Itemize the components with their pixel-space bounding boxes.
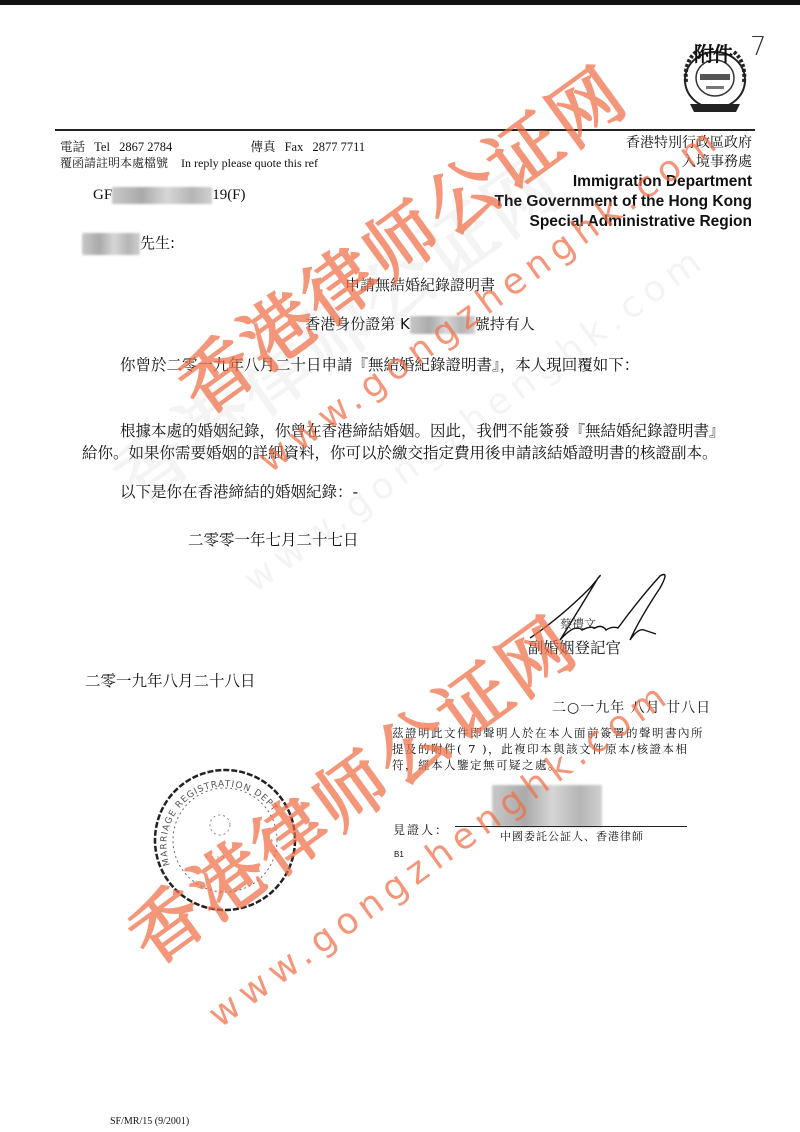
quote-ref-line: 覆函請註明本處檔號 In reply please quote this ref	[60, 154, 318, 171]
letter-date: 二零一九年八月二十八日	[85, 669, 256, 691]
dept-name-zh: 入境事務處	[495, 153, 752, 172]
redacted-id	[410, 316, 475, 334]
paragraph-application: 你曾於二零一九年八月二十日申請『無結婚紀錄證明書』，本人現回覆如下：	[82, 354, 730, 376]
salutation-text: 先生:	[140, 234, 175, 252]
fax-label-en: Fax	[285, 140, 304, 154]
notary-date: 二○一九年 八月 廿八日	[552, 697, 711, 717]
marriage-date: 二零零一年七月二十七日	[188, 528, 359, 550]
witness-title: 中國委託公証人、香港律師	[500, 828, 644, 844]
department-block: 香港特別行政區政府 入境事務處 Immigration Department T…	[495, 134, 752, 232]
redacted-name	[82, 233, 140, 255]
subject-title: 申請無結婚紀錄證明書	[0, 274, 800, 295]
tel-label-zh: 電話	[60, 140, 85, 154]
gov-name-en-line2: Special Administrative Region	[495, 212, 752, 232]
paragraph-record-intro: 以下是你在香港締結的婚姻紀錄：-	[82, 481, 730, 503]
notary-certification: 茲證明此文件即聲明人於在本人面前簽署的聲明書內所提及的附件( 7 )，此複印本與…	[392, 725, 712, 773]
scan-top-border	[0, 0, 800, 5]
redacted-witness-signature	[492, 785, 602, 827]
annex-label: 附件	[694, 38, 732, 67]
page-mark: B1	[394, 850, 404, 859]
paragraph-finding: 根據本處的婚姻紀錄，你曾在香港締結婚姻。因此，我們不能簽發『無結婚紀錄證明書』給…	[82, 420, 730, 464]
annex-number: 7	[750, 32, 767, 62]
witness-label: 見證人：	[393, 821, 449, 838]
reference-prefix: GF	[93, 187, 112, 203]
signer-name: 蔡禮文	[560, 615, 596, 632]
fax-value: 2877 7711	[312, 140, 365, 154]
redacted-reference	[112, 187, 212, 204]
fax-label-zh: 傳真	[250, 140, 275, 154]
official-seal-icon: MARRIAGE REGISTRATION DEPT · · · ·	[150, 765, 300, 915]
tel-value: 2867 2784	[119, 140, 172, 154]
reference-suffix: 19(F)	[212, 187, 245, 203]
salutation: 先生:	[82, 232, 175, 255]
signer-title: 副婚姻登記官	[528, 636, 621, 658]
header-rule	[55, 129, 755, 131]
id-suffix: 號持有人	[475, 315, 535, 333]
quote-ref-en: In reply please quote this ref	[181, 156, 318, 170]
svg-text:· · · ·: · · · ·	[205, 853, 225, 863]
quote-ref-zh: 覆函請註明本處檔號	[60, 156, 168, 170]
gov-name-en-line1: The Government of the Hong Kong	[495, 192, 752, 212]
hksar-police-crest-icon	[680, 22, 750, 117]
gov-name-zh: 香港特別行政區政府	[495, 134, 752, 153]
reference-number: GF19(F)	[93, 187, 246, 204]
id-prefix: 香港身份證第 K	[305, 315, 410, 333]
dept-name-en: Immigration Department	[495, 172, 752, 192]
contact-line: 電話 Tel 2867 2784 傳真 Fax 2877 7711	[60, 137, 371, 155]
form-code: SF/MR/15 (9/2001)	[110, 1116, 189, 1127]
tel-label-en: Tel	[94, 140, 110, 154]
witness-signature-line	[455, 826, 687, 827]
subject-holder: 香港身份證第 K號持有人	[0, 313, 800, 334]
